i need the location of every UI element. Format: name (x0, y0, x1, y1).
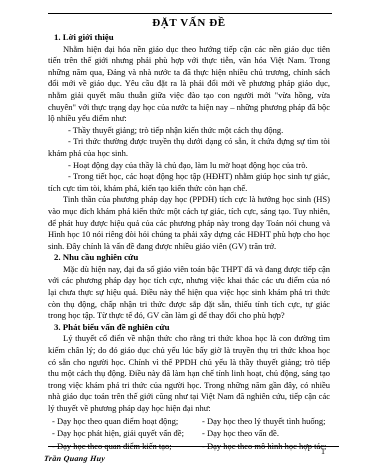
section-2-paragraph: Mặc dù hiện nay, đại đa số giáo viên toá… (48, 264, 330, 322)
section-1-bullet-2: - Tri thức thường được truyền thụ dưới d… (48, 136, 330, 159)
method-item: - Dạy học theo vấn đề. (202, 427, 330, 440)
footer-rule (48, 446, 339, 447)
section-1-bullet-1: - Thầy thuyết giảng; trò tiếp nhận kiến … (48, 125, 330, 137)
section-1-bullet-3: - Hoạt động dạy của thầy là chủ đạo, làm… (48, 160, 330, 172)
section-1-outro-paragraph: Tinh thần của phương pháp dạy học (PPDH)… (48, 194, 330, 252)
method-item: - Dạy học theo lý thuyết tình huống; (202, 415, 330, 428)
section-1-bullet-4: - Trong tiết học, các hoạt động học tập … (48, 171, 330, 194)
document-page: ĐẶT VẤN ĐỀ 1. Lời giới thiệu Nhằm hiện đ… (0, 0, 366, 473)
section-1-heading: 1. Lời giới thiệu (48, 32, 330, 44)
page-title: ĐẶT VẤN ĐỀ (48, 17, 330, 30)
method-item: - Dạy học theo quan điểm hoạt động; (52, 415, 202, 428)
section-2-heading: 2. Nhu cầu nghiên cứu (48, 252, 330, 264)
method-item: - Dạy học phát hiện, giải quyết vấn đề; (52, 427, 202, 440)
author-signature: Trần Quang Huy (43, 453, 105, 465)
section-1-intro-paragraph: Nhằm hiện đại hóa nền giáo dục theo hướn… (48, 44, 330, 125)
header-rule (48, 13, 332, 14)
section-3-paragraph: Lý thuyết cổ điển về nhận thức cho rằng … (48, 333, 330, 414)
page-number: 1 (321, 447, 325, 457)
section-3-heading: 3. Phát biểu vấn đề nghiên cứu (48, 322, 330, 334)
